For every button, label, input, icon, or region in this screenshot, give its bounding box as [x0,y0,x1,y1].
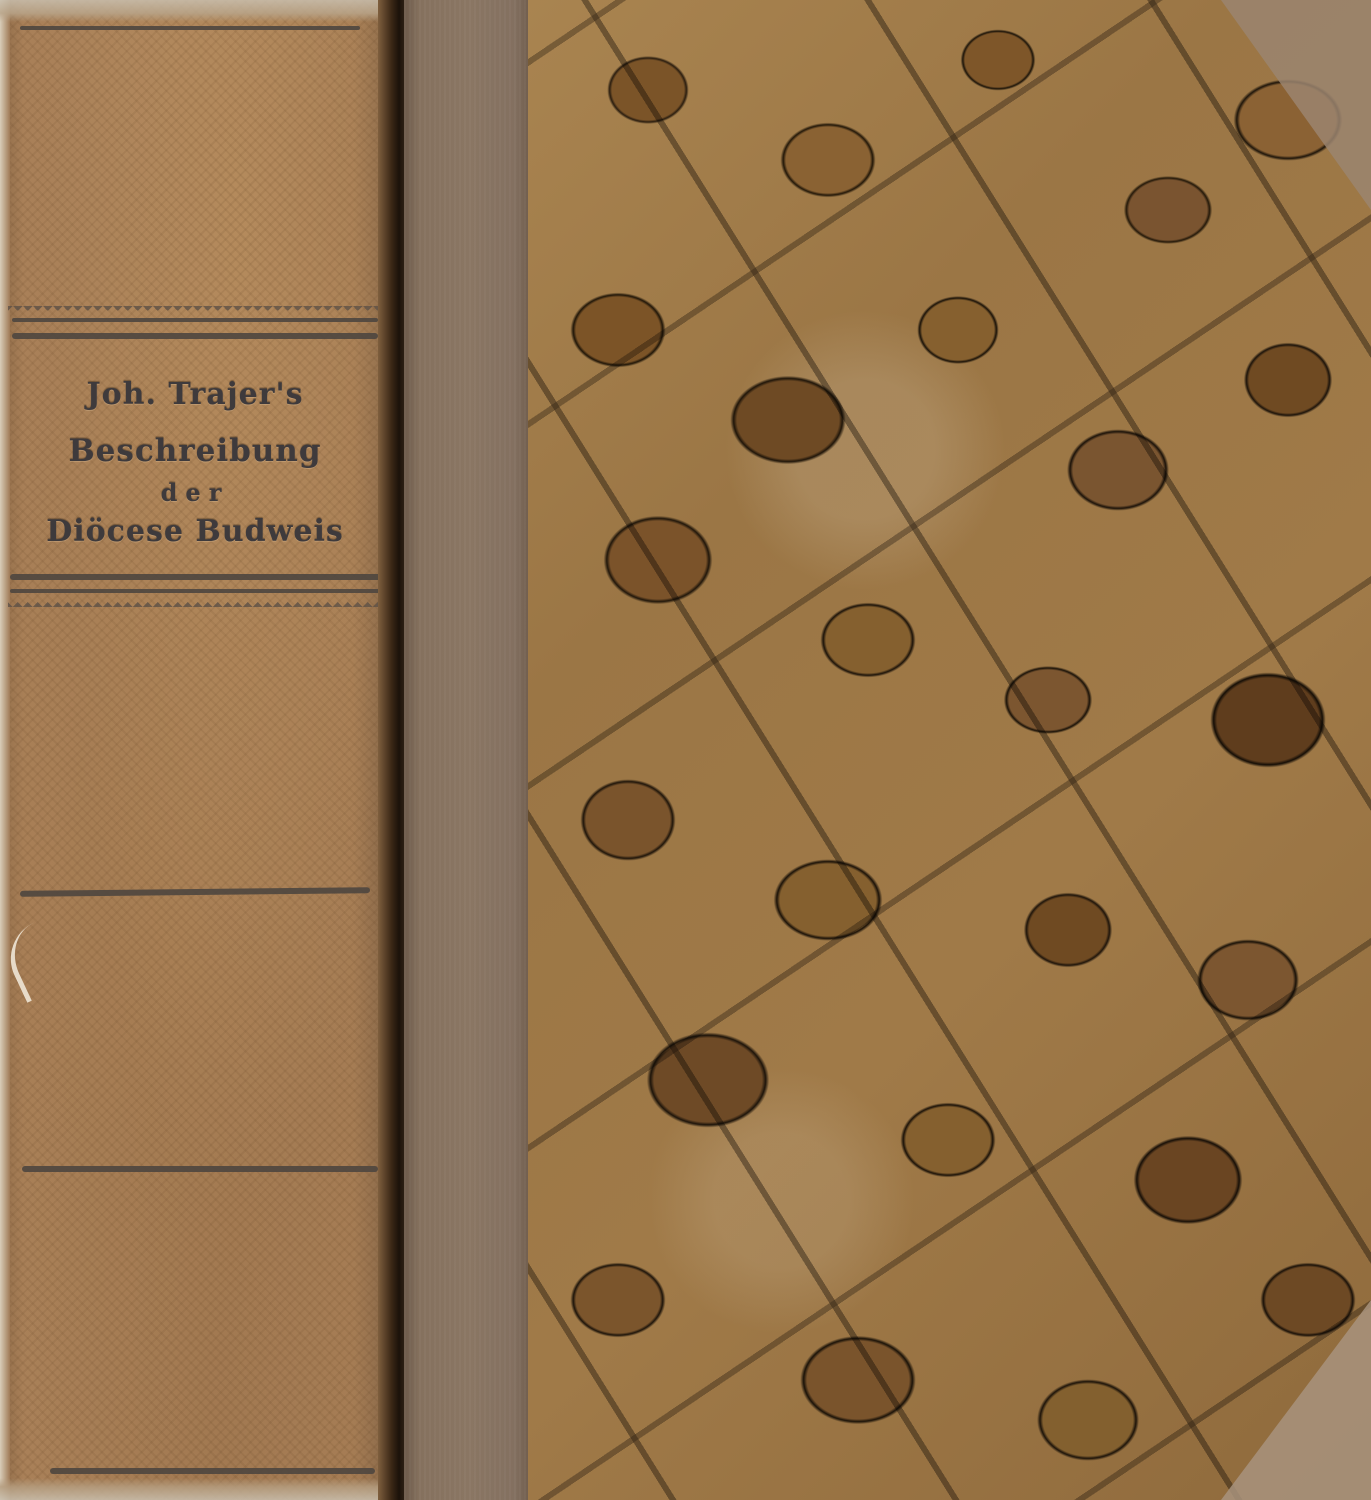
spine-tear-mark [0,917,75,1003]
marble-vein-pattern [528,0,1371,1500]
book-photo: Joh. Trajer's Beschreibung der Diöcese B… [0,0,1371,1500]
spine-upper-rule-2 [12,333,378,339]
bottom-corner-cloth-tip [1221,1300,1371,1500]
spine-lower-band-rule [22,1166,378,1172]
cloth-hinge-strip [404,0,534,1500]
spine-top-wear [0,0,392,22]
spine-top-rule [20,26,360,30]
spine-upper-rule-1 [12,318,378,322]
top-corner-cloth-tip [1221,0,1371,210]
spine-title-word-2: der [12,481,378,505]
spine-lower-zigzag-border [8,597,384,607]
spine-title-author: Joh. Trajer's [12,380,378,410]
spine-middle-rule [20,887,370,897]
spine-upper-zigzag-border [8,306,378,316]
spine-lower-rule-2 [10,589,382,593]
spine-left-edge [0,0,10,1500]
spine-bottom-wear [0,1478,400,1500]
marbled-front-board [528,0,1371,1500]
spine-title-label: Joh. Trajer's Beschreibung der Diöcese B… [12,368,378,568]
spine-bottom-rule [50,1468,375,1474]
spine-title-word-1: Beschreibung [12,436,378,467]
book-spine: Joh. Trajer's Beschreibung der Diöcese B… [0,0,392,1500]
spine-lower-rule-1 [10,574,382,580]
spine-title-word-3: Diöcese Budweis [12,517,378,547]
